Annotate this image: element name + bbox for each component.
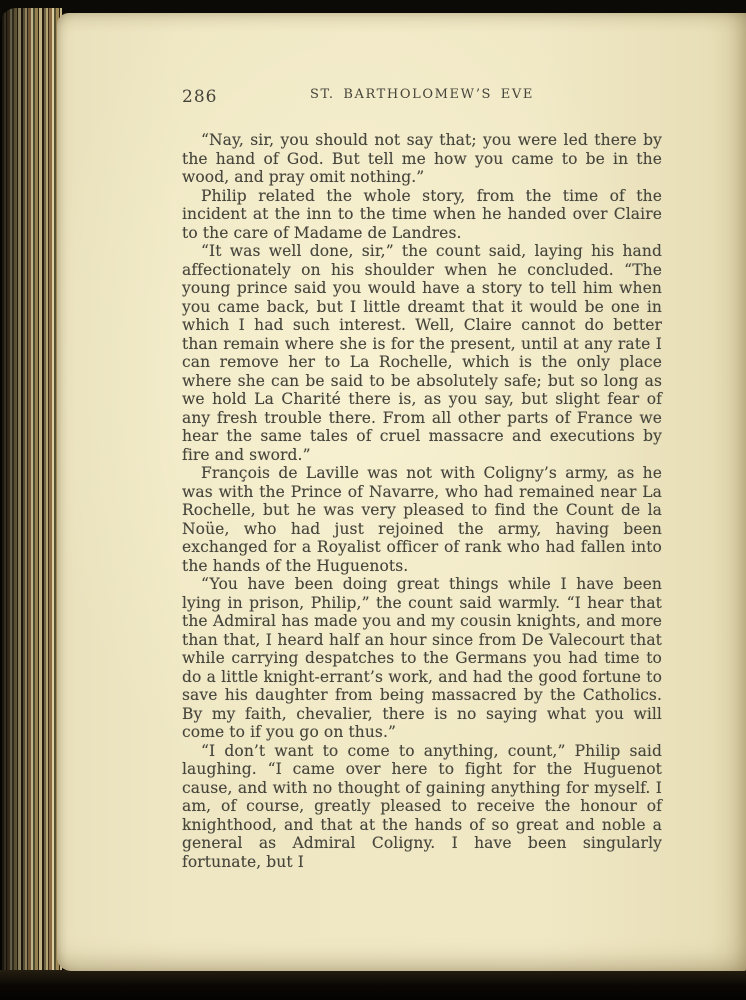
book-page: 286 ST. BARTHOLOMEW’S EVE “Nay, sir, you… xyxy=(57,13,746,971)
page-header: 286 ST. BARTHOLOMEW’S EVE xyxy=(182,87,662,107)
paragraph: François de Laville was not with Coligny… xyxy=(182,464,662,575)
paragraph: “It was well done, sir,” the count said,… xyxy=(182,242,662,464)
book-page-edges xyxy=(0,8,62,996)
running-title: ST. BARTHOLOMEW’S EVE xyxy=(182,87,662,102)
paragraph: Philip related the whole story, from the… xyxy=(182,187,662,243)
body-text: “Nay, sir, you should not say that; you … xyxy=(182,131,662,871)
page-content-area: 286 ST. BARTHOLOMEW’S EVE “Nay, sir, you… xyxy=(182,87,662,871)
book-bottom-edge xyxy=(0,970,746,1000)
scanned-book-photo: 286 ST. BARTHOLOMEW’S EVE “Nay, sir, you… xyxy=(0,0,746,1000)
paragraph: “Nay, sir, you should not say that; you … xyxy=(182,131,662,187)
paragraph: “I don’t want to come to anything, count… xyxy=(182,742,662,872)
paragraph: “You have been doing great things while … xyxy=(182,575,662,742)
